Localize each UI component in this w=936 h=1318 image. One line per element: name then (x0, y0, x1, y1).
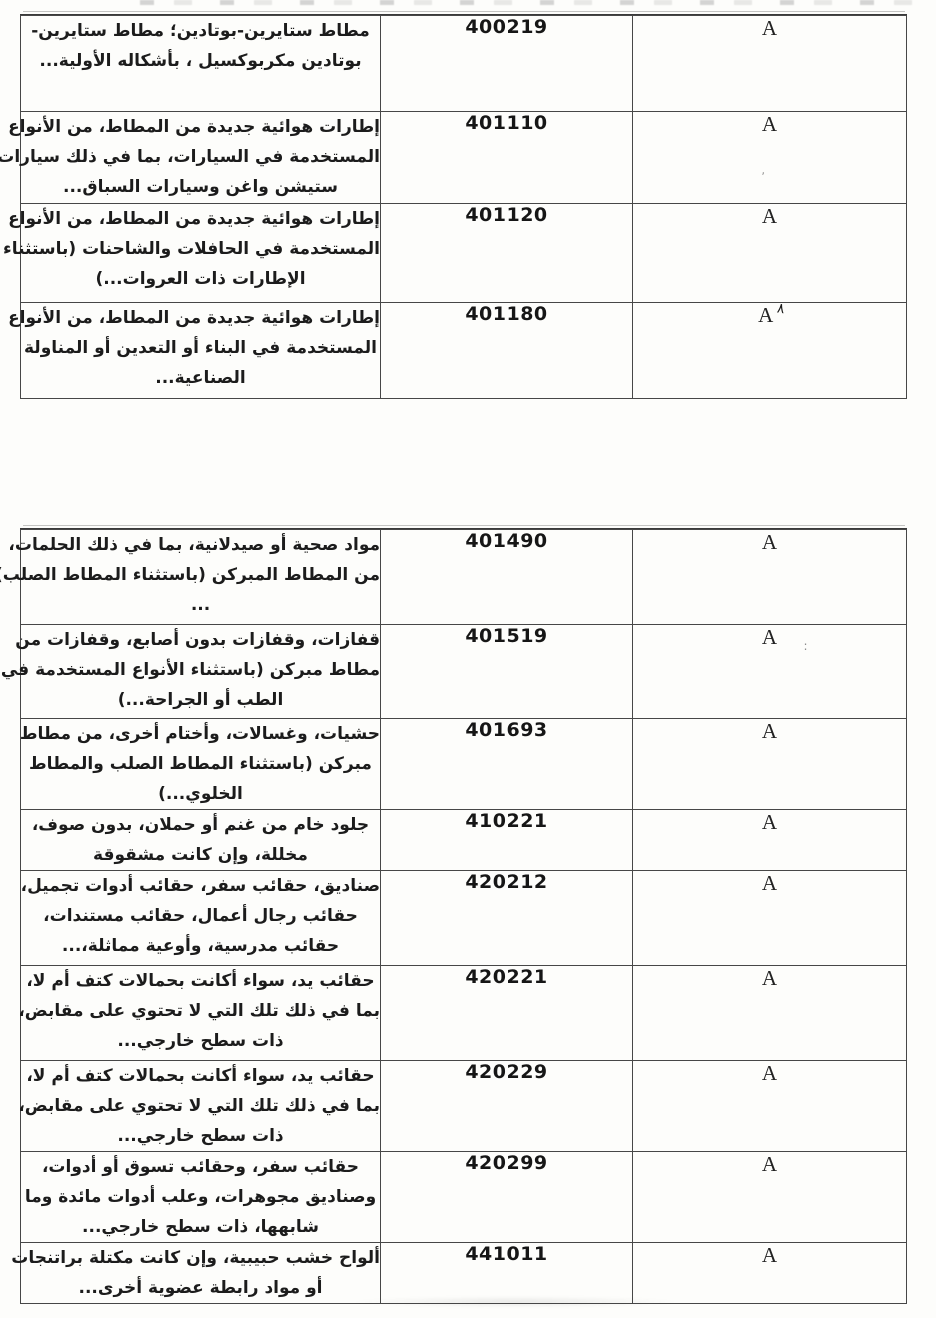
scanned-document-page: { "colors": { "ink": "#1c1c1c", "border"… (0, 0, 936, 1318)
description-line: حقائب رجال أعمال، حقائب مستندات، (21, 901, 380, 931)
scan-artifact-top (140, 0, 936, 5)
category-cell: A (633, 530, 907, 625)
description-line: بما في ذلك تلك التي لا تحتوي على مقابض، (21, 1091, 380, 1121)
description-line: حقائب يد، سواء أكانت بحمالات كتف أم لا، (21, 1061, 380, 1091)
description-cell: حقائب سفر، وحقائب تسوق أو أدوات،وصناديق … (21, 1152, 381, 1243)
category-letter: A (762, 810, 777, 835)
description-line: شابهها، ذات سطح خارجي... (21, 1212, 380, 1242)
description-line: بوتادين مكربوكسيل ، بأشكاله الأولية... (21, 46, 380, 76)
category-letter: A (762, 871, 777, 896)
description-cell: مواد صحية أو صيدلانية، بما في ذلك الحلما… (21, 530, 381, 625)
description-line: مواد صحية أو صيدلانية، بما في ذلك الحلما… (21, 530, 380, 560)
lower-tariff-table: مواد صحية أو صيدلانية، بما في ذلك الحلما… (20, 528, 907, 1304)
category-cell: A٬ (633, 112, 907, 204)
category-cell: A (633, 966, 907, 1061)
table-row: حقائب يد، سواء أكانت بحمالات كتف أم لا،ب… (21, 1061, 907, 1152)
description-cell: إطارات هوائية جديدة من المطاط، من الأنوا… (21, 112, 381, 204)
description-line: بما في ذلك تلك التي لا تحتوي على مقابض، (21, 996, 380, 1026)
hs-code: 420229 (381, 1061, 633, 1152)
hs-code: 401519 (381, 625, 633, 719)
hs-code: 400219 (381, 16, 633, 112)
category-cell: A (633, 871, 907, 966)
description-cell: حقائب يد، سواء أكانت بحمالات كتف أم لا،ب… (21, 966, 381, 1061)
hs-code: 420299 (381, 1152, 633, 1243)
category-cell: A (633, 810, 907, 871)
category-cell: A٨ (633, 303, 907, 399)
table-row: مطاط ستايرين-بوتادين؛ مطاط ستايرين-بوتاد… (21, 16, 907, 112)
description-line: أو مواد رابطة عضوية أخرى... (21, 1273, 380, 1303)
hs-code: 401110 (381, 112, 633, 204)
table-row: حشيات، وغسالات، وأختام أخرى، من مطاطمبرك… (21, 719, 907, 810)
table-row: ألواح خشب حبيبية، وإن كانت مكتلة براتنجا… (21, 1243, 907, 1304)
hs-code: 410221 (381, 810, 633, 871)
description-line: وصناديق مجوهرات، وعلب أدوات مائدة وما (21, 1182, 380, 1212)
hs-code: 401180 (381, 303, 633, 399)
hs-code: 420212 (381, 871, 633, 966)
hs-code: 401490 (381, 530, 633, 625)
table-row: حقائب يد، سواء أكانت بحمالات كتف أم لا،ب… (21, 966, 907, 1061)
table-row: صناديق، حقائب سفر، حقائب أدوات تجميل،حقا… (21, 871, 907, 966)
upper-tariff-table: مطاط ستايرين-بوتادين؛ مطاط ستايرين-بوتاد… (20, 14, 907, 399)
description-line: جلود خام من غنم أو حملان، بدون صوف، (21, 810, 380, 840)
category-cell: A (633, 1152, 907, 1243)
description-line: إطارات هوائية جديدة من المطاط، من الأنوا… (21, 112, 380, 142)
description-cell: مطاط ستايرين-بوتادين؛ مطاط ستايرين-بوتاد… (21, 16, 381, 112)
description-line: ذات سطح خارجي... (21, 1026, 380, 1056)
table-row: حقائب سفر، وحقائب تسوق أو أدوات،وصناديق … (21, 1152, 907, 1243)
category-cell: A (633, 1243, 907, 1304)
category-letter: A (762, 719, 777, 744)
description-line: ... (21, 590, 380, 620)
description-cell: ألواح خشب حبيبية، وإن كانت مكتلة براتنجا… (21, 1243, 381, 1304)
category-letter: A (762, 1061, 777, 1086)
description-line: الخلوي...) (21, 779, 380, 809)
description-line: إطارات هوائية جديدة من المطاط، من الأنوا… (21, 204, 380, 234)
description-line: المستخدمة في السيارات، بما في ذلك سيارات (21, 142, 380, 172)
scan-artifact-bottom (350, 1296, 680, 1308)
description-cell: حشيات، وغسالات، وأختام أخرى، من مطاطمبرك… (21, 719, 381, 810)
description-line: صناديق، حقائب سفر، حقائب أدوات تجميل، (21, 871, 380, 901)
category-letter: A (762, 530, 777, 555)
description-line: حقائب مدرسية، وأوعية مماثلة،... (21, 931, 380, 961)
category-cell: A: (633, 625, 907, 719)
pen-mark-caret: ٨ (776, 301, 786, 318)
description-line: ذات سطح خارجي... (21, 1121, 380, 1151)
description-line: الطب أو الجراحة...) (21, 685, 380, 715)
description-line: مخللة، وإن كانت مشقوقة (21, 840, 380, 870)
category-letter: A (762, 16, 777, 41)
description-cell: إطارات هوائية جديدة من المطاط، من الأنوا… (21, 204, 381, 303)
description-line: ألواح خشب حبيبية، وإن كانت مكتلة براتنجا… (21, 1243, 380, 1273)
description-line: المستخدمة في البناء أو التعدين أو المناو… (21, 333, 380, 363)
category-cell: A (633, 719, 907, 810)
hs-code: 441011 (381, 1243, 633, 1304)
table-row: قفازات، وقفازات بدون أصابع، وقفازات منمط… (21, 625, 907, 719)
scan-mark-colon: : (804, 639, 808, 653)
hs-code: 401120 (381, 204, 633, 303)
table-row: إطارات هوائية جديدة من المطاط، من الأنوا… (21, 303, 907, 399)
hs-code: 401693 (381, 719, 633, 810)
table-row: إطارات هوائية جديدة من المطاط، من الأنوا… (21, 112, 907, 204)
category-letter: A (758, 303, 773, 328)
table-row: مواد صحية أو صيدلانية، بما في ذلك الحلما… (21, 530, 907, 625)
description-line: مطاط ستايرين-بوتادين؛ مطاط ستايرين- (21, 16, 380, 46)
description-line: مطاط مبركن (باستثناء الأنواع المستخدمة ف… (21, 655, 380, 685)
description-cell: جلود خام من غنم أو حملان، بدون صوف،مخللة… (21, 810, 381, 871)
scan-mark-speck: ٬ (761, 170, 765, 184)
description-line: قفازات، وقفازات بدون أصابع، وقفازات من (21, 625, 380, 655)
category-letter: A (762, 112, 777, 137)
category-letter: A (762, 1243, 777, 1268)
description-line: إطارات هوائية جديدة من المطاط، من الأنوا… (21, 303, 380, 333)
description-cell: صناديق، حقائب سفر، حقائب أدوات تجميل،حقا… (21, 871, 381, 966)
table-row: جلود خام من غنم أو حملان، بدون صوف،مخللة… (21, 810, 907, 871)
description-cell: حقائب يد، سواء أكانت بحمالات كتف أم لا،ب… (21, 1061, 381, 1152)
category-cell: A (633, 16, 907, 112)
description-line: حشيات، وغسالات، وأختام أخرى، من مطاط (21, 719, 380, 749)
category-letter: A (762, 204, 777, 229)
description-cell: إطارات هوائية جديدة من المطاط، من الأنوا… (21, 303, 381, 399)
description-line: الإطارات ذات العروات...) (21, 264, 380, 294)
description-line: مبركن (باستثناء المطاط الصلب والمطاط (21, 749, 380, 779)
category-cell: A (633, 204, 907, 303)
category-cell: A (633, 1061, 907, 1152)
table-row: إطارات هوائية جديدة من المطاط، من الأنوا… (21, 204, 907, 303)
description-line: حقائب سفر، وحقائب تسوق أو أدوات، (21, 1152, 380, 1182)
description-line: ستيشن واغن وسيارات السباق... (21, 172, 380, 202)
description-line: من المطاط المبركن (باستثناء المطاط الصلب… (21, 560, 380, 590)
category-letter: A (762, 625, 777, 650)
description-line: حقائب يد، سواء أكانت بحمالات كتف أم لا، (21, 966, 380, 996)
hs-code: 420221 (381, 966, 633, 1061)
description-cell: قفازات، وقفازات بدون أصابع، وقفازات منمط… (21, 625, 381, 719)
description-line: المستخدمة في الحافلات والشاحنات (باستثنا… (21, 234, 380, 264)
category-letter: A (762, 966, 777, 991)
category-letter: A (762, 1152, 777, 1177)
description-line: الصناعية... (21, 363, 380, 393)
